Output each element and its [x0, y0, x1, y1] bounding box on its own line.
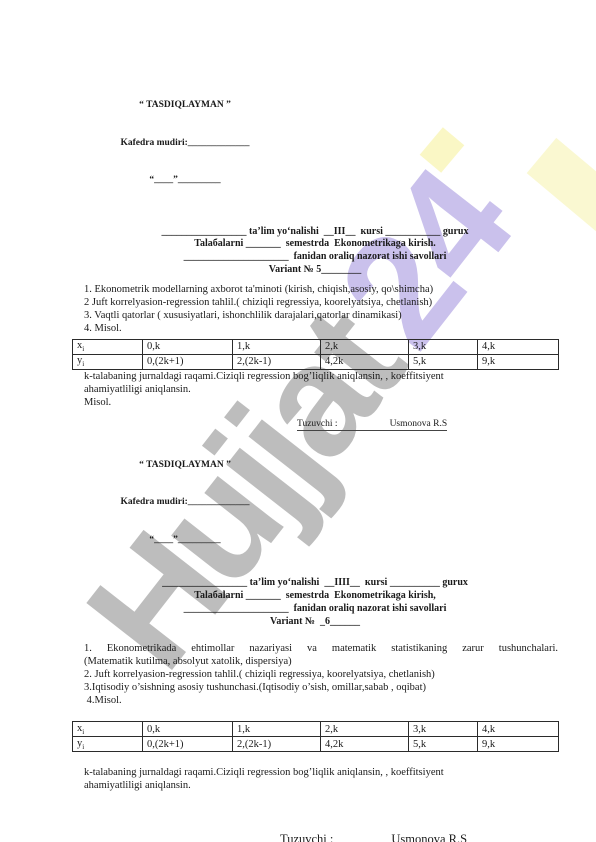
table-cell: 4,2k [321, 354, 409, 369]
table-row-x: xi 0,k 1,k 2,k 3,k 4,k [73, 722, 559, 737]
table-cell: 5,k [409, 354, 478, 369]
question-item: 4. Misol. [84, 322, 558, 335]
variant-number-line: Variant № 5________ [72, 264, 558, 277]
composer-label: Tuzuvchi : [280, 832, 333, 842]
table-row-y: yi 0,(2k+1) 2,(2k-1) 4,2k 5,k 9,k [73, 737, 559, 752]
question-item: 2 Juft korrelyasion-regression tahlil.( … [84, 296, 558, 309]
variant-number-line: Variant № _6______ [72, 616, 558, 629]
row-label-y: yi [73, 354, 143, 369]
table-cell: 9,k [478, 354, 559, 369]
question-list-1: 1. Ekonometrik modellarning axborot ta'm… [84, 283, 558, 335]
document-page: Hujjat24 “ TASDIQLAYMAN ” Kafedra mudiri… [0, 0, 596, 842]
approval-block-1: “ TASDIQLAYMAN ” Kafedra mudiri:________… [90, 74, 280, 212]
tasdiqlayman-title: “ TASDIQLAYMAN ” [90, 459, 280, 472]
note-line: ahamiyatliligi aniqlansin. [84, 779, 558, 792]
table-cell: 1,k [233, 339, 321, 354]
table-cell: 4,k [478, 339, 559, 354]
xy-data-table-1: xi 0,k 1,k 2,k 3,k 4,k yi 0,(2k+1) 2,(2k… [72, 339, 559, 370]
date-blank-line: “____”_________ [90, 174, 280, 187]
composer-name: Usmonova R.S [391, 832, 467, 842]
table-cell: 4,2k [321, 737, 409, 752]
task-note-1: k-talabaning jurnaldagi raqami.Ciziqli r… [84, 370, 558, 409]
kafedra-mudiri-line: Kafedra mudiri:_____________ [90, 496, 280, 509]
question-item: 1. Ekonometrik modellarning axborot ta'm… [84, 283, 558, 296]
table-cell: 2,k [321, 339, 409, 354]
question-item: 2. Juft korrelyasion-regression tahlil.(… [84, 668, 558, 681]
table-cell: 9,k [478, 737, 559, 752]
table-row-y: yi 0,(2k+1) 2,(2k-1) 4,2k 5,k 9,k [73, 354, 559, 369]
row-label-y: yi [73, 737, 143, 752]
question-item: 3. Vaqtli qatorlar ( xususiyatlari, isho… [84, 309, 558, 322]
table-cell: 2,(2k-1) [233, 354, 321, 369]
exam-header-1: _________________ ta’lim yo‘nalishi __II… [72, 226, 558, 277]
composer-signature-1: Tuzuvchi :Usmonova R.S [297, 418, 447, 431]
note-line: k-talabaning jurnaldagi raqami.Ciziqli r… [84, 370, 558, 383]
approval-block-2: “ TASDIQLAYMAN ” Kafedra mudiri:________… [90, 434, 280, 572]
table-cell: 4,k [478, 722, 559, 737]
students-semester-line: Talaбalarni _______ semestrda Ekonometri… [72, 238, 558, 251]
table-row-x: xi 0,k 1,k 2,k 3,k 4,k [73, 339, 559, 354]
students-semester-line: Talaбalarni _______ semestrda Ekonometri… [72, 590, 558, 603]
kafedra-mudiri-line: Kafedra mudiri:_____________ [90, 137, 280, 150]
subject-control-line: _____________________ fanidan oraliq naz… [72, 603, 558, 616]
note-line: Misol. [84, 396, 558, 409]
x-subscript: i [82, 345, 84, 353]
row-label-x: xi [73, 339, 143, 354]
composer-label: Tuzuvchi : [297, 419, 338, 429]
table-cell: 1,k [233, 722, 321, 737]
table-cell: 3,k [409, 722, 478, 737]
task-note-2: k-talabaning jurnaldagi raqami.Ciziqli r… [84, 766, 558, 792]
direction-course-line: _________________ ta’lim yo‘nalishi __II… [72, 226, 558, 239]
note-line: k-talabaning jurnaldagi raqami.Ciziqli r… [84, 766, 558, 779]
question-item: (Matematik kutilma, absolyut xatolik, di… [84, 655, 558, 668]
date-blank-line: “____”_________ [90, 534, 280, 547]
table-cell: 2,k [321, 722, 409, 737]
table-cell: 0,k [143, 339, 233, 354]
table-cell: 3,k [409, 339, 478, 354]
table-cell: 2,(2k-1) [233, 737, 321, 752]
question-item: 3.Iqtisodiy o’sishning asosiy tushunchas… [84, 681, 558, 694]
composer-signature-2: Tuzuvchi :Usmonova R.S [280, 832, 558, 842]
x-subscript: i [82, 728, 84, 736]
row-label-x: xi [73, 722, 143, 737]
y-subscript: i [82, 360, 84, 368]
table-cell: 0,k [143, 722, 233, 737]
table-cell: 0,(2k+1) [143, 737, 233, 752]
question-list-2: 1. Ekonometrikada ehtimollar nazariyasi … [84, 642, 558, 707]
table-cell: 5,k [409, 737, 478, 752]
xy-data-table-2: xi 0,k 1,k 2,k 3,k 4,k yi 0,(2k+1) 2,(2k… [72, 721, 559, 752]
table-cell: 0,(2k+1) [143, 354, 233, 369]
composer-name: Usmonova R.S [390, 419, 448, 429]
question-item: 1. Ekonometrikada ehtimollar nazariyasi … [84, 642, 558, 655]
tasdiqlayman-title: “ TASDIQLAYMAN ” [90, 99, 280, 112]
direction-course-line: _________________ ta’lim yo‘nalishi __II… [72, 577, 558, 590]
exam-header-2: _________________ ta’lim yo‘nalishi __II… [72, 577, 558, 628]
page-content: “ TASDIQLAYMAN ” Kafedra mudiri:________… [0, 0, 596, 842]
note-line: ahamiyatliligi aniqlansin. [84, 383, 558, 396]
question-item: 4.Misol. [84, 694, 558, 707]
subject-control-line: _____________________ fanidan oraliq naz… [72, 251, 558, 264]
y-subscript: i [82, 743, 84, 751]
